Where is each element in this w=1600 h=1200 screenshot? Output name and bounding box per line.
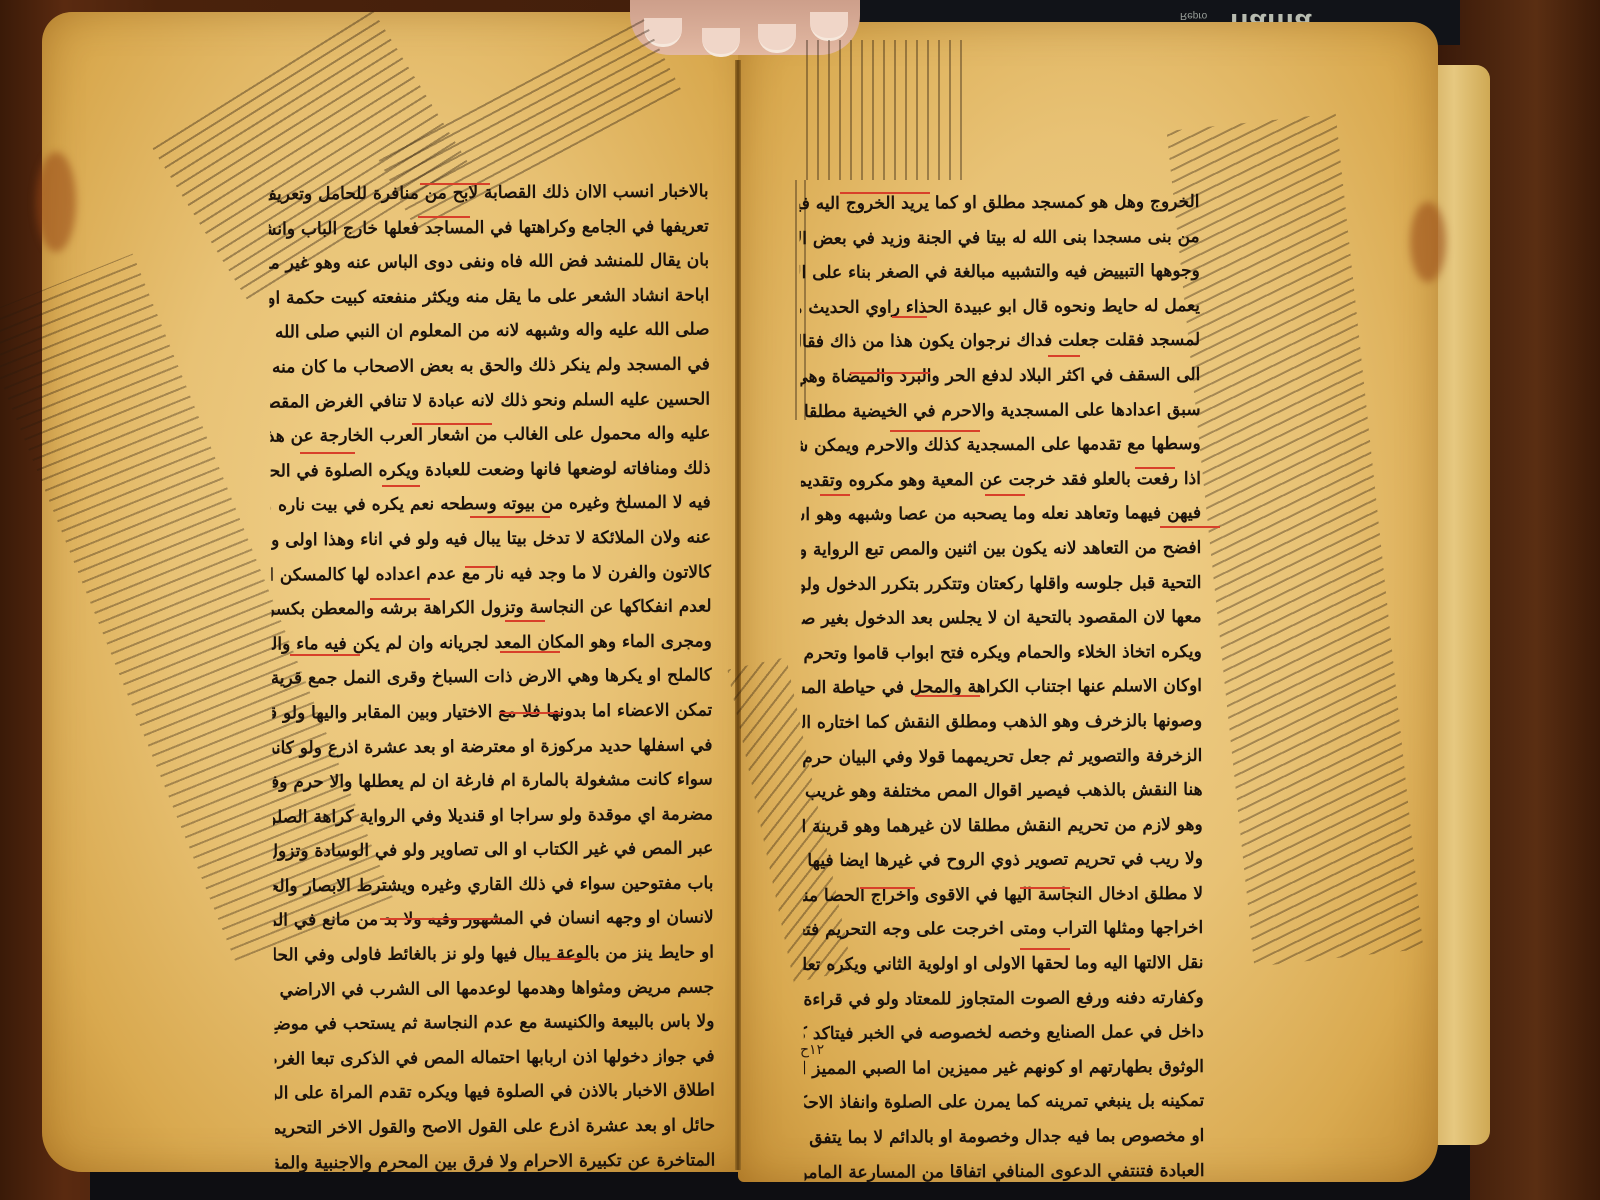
text-line: تمكن الاعضاء اما بدونها فلا مع الاختيار … — [272, 693, 712, 731]
rubric-overline — [915, 695, 980, 697]
text-line: صلى الله عليه واله وشبهه لانه من المعلوم… — [269, 313, 709, 351]
text-line: عنه ولان الملائكة لا تدخل بيتا يبال فيه … — [271, 520, 711, 558]
text-line: لعدم انفكاكها عن النجاسة وتزول الكراهة ب… — [271, 590, 711, 628]
rubric-overline — [1135, 467, 1175, 469]
text-line: مضرمة اي موقدة ولو سراجا او قنديلا وفي ا… — [273, 797, 713, 835]
text-line: داخل في عمل الصنايع وخصه لخصوصه في الخبر… — [804, 1015, 1204, 1052]
text-line: او حايط ينز من بالوعة يبال فيها ولو نز ب… — [274, 936, 714, 974]
rubric-overline — [412, 423, 492, 425]
text-line: باب مفتوحين سواء في ذلك القاري وغيره ويش… — [273, 866, 713, 904]
text-line: او مخصوص بما فيه جدال وخصومة او بالدائم … — [804, 1119, 1204, 1156]
text-line: وسطها مع تقدمها على المسجدية كذلك والاحر… — [801, 427, 1201, 464]
rubric-overline — [382, 485, 420, 487]
water-stain — [1410, 202, 1446, 282]
text-line: الخروج وهل هو كمسجد مطلق او كما يريد الخ… — [799, 185, 1199, 222]
rubric-overline — [505, 620, 545, 622]
text-line: كالملح او يكرها وهي الارض ذات السباخ وقر… — [272, 659, 712, 697]
text-line: حائل او بعد عشرة اذرع على القول الاصح وا… — [275, 1108, 715, 1146]
rubric-overline — [500, 651, 560, 653]
text-line: بالاخبار انسب الاان ذلك القصابة لابح من … — [269, 174, 709, 212]
rubric-overline — [840, 192, 930, 194]
text-line: الحسين عليه السلم ونحو ذلك لانه عبادة لا… — [270, 382, 710, 420]
text-line: كالاتون والفرن لا ما وجد فيه نار مع عدم … — [271, 555, 711, 593]
text-line: فيهن فيهما وتعاهد نعله وما يصحبه من عصا … — [801, 496, 1201, 533]
rubric-overline — [420, 183, 490, 185]
text-line: من بنى مسجدا بنى الله له بيتا في الجنة و… — [800, 220, 1200, 257]
text-line: التحية قبل جلوسه واقلها ركعتان وتتكرر بت… — [801, 565, 1201, 602]
right-page-text-block: الخروج وهل هو كمسجد مطلق او كما يريد الخ… — [799, 185, 1204, 1190]
text-line: معها لان المقصود بالتحية ان لا يجلس بعد … — [802, 600, 1202, 637]
text-line: ذلك ومنافاته لوضعها فانها وضعت للعبادة و… — [270, 451, 710, 489]
rubric-overline — [465, 566, 495, 568]
text-line: سواء كانت مشغولة بالمارة ام فارغة ان لم … — [273, 763, 713, 801]
text-line: هنا النقش بالذهب فيصير اقوال المص مختلفة… — [802, 773, 1202, 810]
rubric-overline — [890, 430, 980, 432]
text-line: سبق اعدادها على المسجدية والاحرم في الخي… — [800, 393, 1200, 430]
text-line: جسم مريض ومثواها وهدمها لوعدمها الى الشر… — [274, 970, 714, 1008]
rubric-overline — [370, 598, 430, 600]
text-line: ومجرى الماء وهو المكان المعد لجريانه وان… — [272, 624, 712, 662]
text-line: اوكان الاسلم عنها اجتناب الكراهة والمحل … — [802, 669, 1202, 706]
text-line: تمكينه بل ينبغي تمرينه كما يمرن على الصل… — [804, 1084, 1204, 1121]
rubric-overline — [470, 516, 550, 518]
rubric-overline — [1160, 526, 1220, 528]
text-line: تعريفها في الجامع وكراهتها في المساجد فع… — [269, 209, 709, 247]
text-line: العبادة فتنتفي الدعوى المنافي اتفاقا من … — [804, 1154, 1204, 1191]
text-line: وجوهها التبييض فيه والتشبيه مبالغة في ال… — [800, 254, 1200, 291]
rubric-overline — [290, 654, 360, 656]
text-line: اطلاق الاخبار بالاذن في الصلوة فيها ويكر… — [275, 1074, 715, 1112]
text-line: ولا باس بالبيعة والكنيسة مع عدم النجاسة … — [274, 1005, 714, 1043]
text-line: يعمل له حايط ونحوه قال ابو عبيدة الحذاء … — [800, 289, 1200, 326]
text-line: لمسجد فقلت جعلت فداك نرجوان يكون هذا من … — [800, 323, 1200, 360]
text-line: لا مطلق ادخال النجاسة اليها في الاقوى وا… — [803, 877, 1203, 914]
rubric-overline — [535, 958, 590, 960]
text-line: في اسفلها حديد مركوزة او معترضة او بعد ع… — [272, 728, 712, 766]
rubric-overline — [820, 494, 850, 496]
book-gutter — [735, 60, 741, 1170]
rubric-overline — [1020, 948, 1070, 950]
rubric-overline — [380, 918, 500, 920]
water-stain — [36, 152, 76, 252]
text-line: افضح من التعاهد لانه يكون بين اثنين والم… — [801, 531, 1201, 568]
text-line: المتاخرة عن تكبيرة الاحرام ولا فرق بين ا… — [275, 1143, 715, 1181]
text-line: ويكره اتخاذ الخلاء والحمام ويكره فتح ابو… — [802, 635, 1202, 672]
text-line: في جواز دخولها اذن اربابها احتماله المص … — [275, 1039, 715, 1077]
text-line: الى السقف في اكثر البلاد لدفع الحر والبر… — [800, 358, 1200, 395]
rubric-overline — [300, 452, 355, 454]
rubric-overline — [892, 316, 927, 318]
folio-number: ١٢ح — [800, 1042, 824, 1058]
text-line: عبر المص في غير الكتاب او الى تصاوير ولو… — [273, 832, 713, 870]
rubric-overline — [418, 216, 470, 218]
left-page-text-block: بالاخبار انسب الاان ذلك القصابة لابح من … — [269, 174, 716, 1180]
rubric-overline — [985, 494, 1025, 496]
text-line: اباحة انشاد الشعر على ما يقل منه ويكثر م… — [269, 278, 709, 316]
rubric-overline — [850, 372, 930, 374]
text-line: وهو لازم من تحريم النقش مطلقا لان غيرهما… — [803, 808, 1203, 845]
text-line: الوثوق بطهارتهم او كونهم غير مميزين اما … — [804, 1050, 1204, 1087]
text-line: ولا ريب في تحريم تصوير ذوي الروح في غيره… — [803, 842, 1203, 879]
text-line: وصونها بالزخرف وهو الذهب ومطلق النقش كما… — [802, 704, 1202, 741]
rubric-overline — [1020, 887, 1070, 889]
rubric-overline — [500, 712, 560, 714]
rubric-overline — [860, 887, 915, 889]
text-line: وكفارته دفنه ورفع الصوت المتجاوز للمعتاد… — [804, 981, 1204, 1018]
rubric-overline — [1048, 355, 1080, 357]
text-line: بان يقال للمنشد فض الله فاه ونفى دوى الب… — [269, 244, 709, 282]
text-line: نقل الالتها اليه وما لحقها الاولى او اول… — [803, 946, 1203, 983]
marginal-gloss-right-top — [800, 40, 970, 180]
text-line: الزخرفة والتصوير ثم جعل تحريمهما قولا وف… — [802, 738, 1202, 775]
text-line: في المسجد ولم ينكر ذلك والحق به بعض الاص… — [270, 347, 710, 385]
stand-model-label: Repro — [1180, 10, 1207, 21]
text-line: اخراجها ومثلها التراب ومتى اخرجت على وجه… — [803, 911, 1203, 948]
